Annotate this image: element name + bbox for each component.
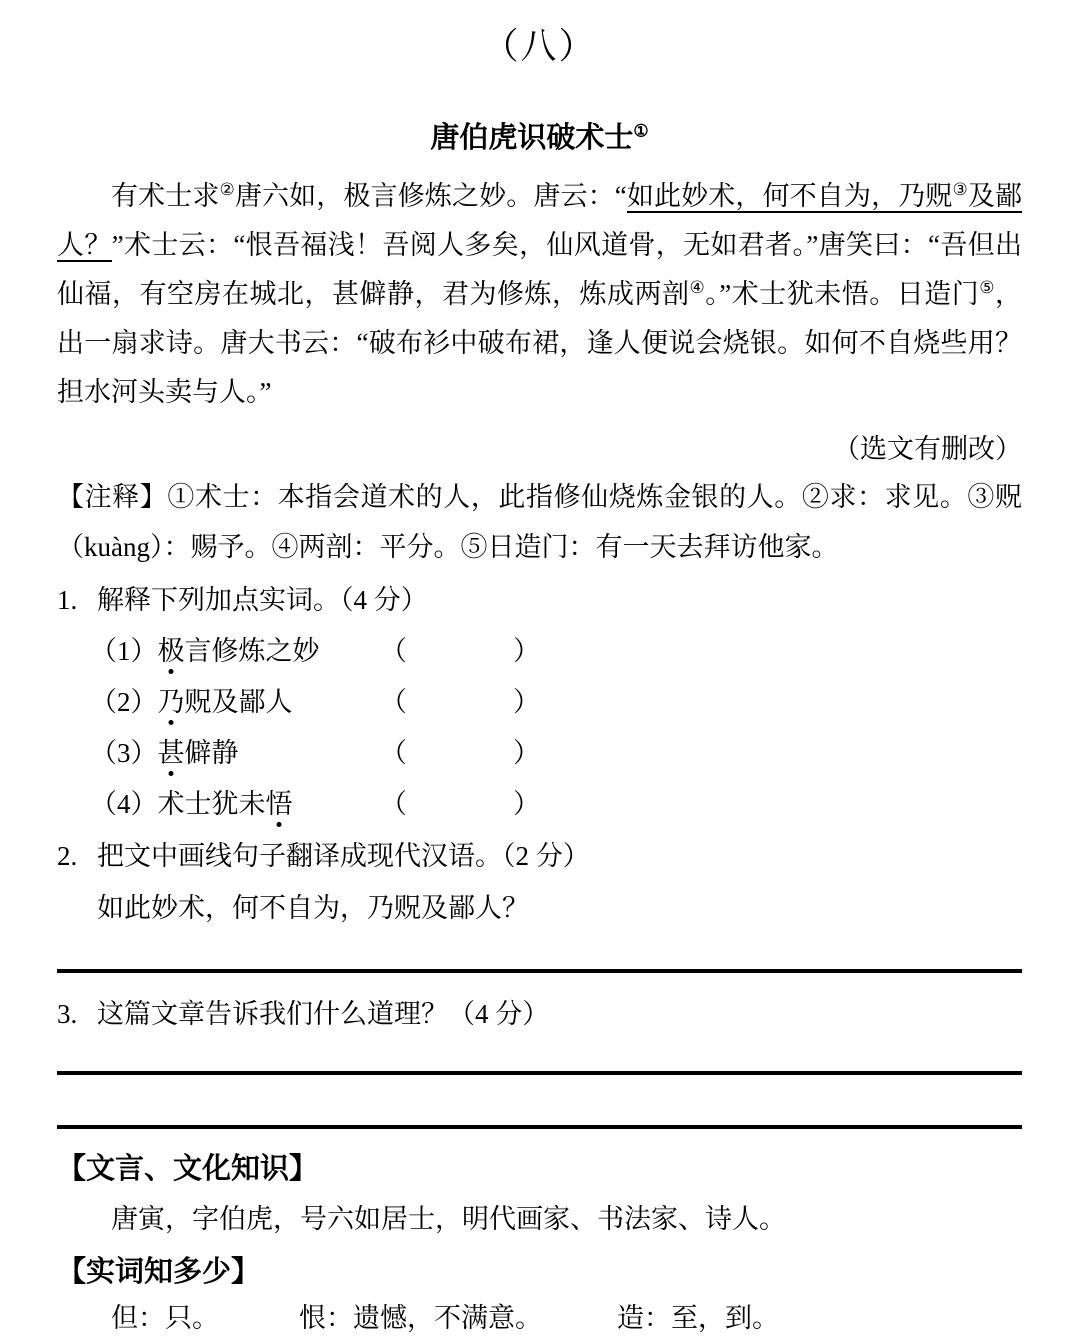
question-3: 3. 这篇文章告诉我们什么道理？（4 分） (57, 994, 1022, 1034)
item-phrase: （3）甚僻静 (90, 733, 380, 773)
bracket-close: ） (513, 738, 540, 768)
answer-line (57, 969, 1022, 973)
passage-segment: 如此妙术，何不自为，乃贶 (627, 181, 953, 211)
note-ref-5-icon: ⑤ (979, 278, 995, 297)
note-ref-1-icon: ① (633, 121, 648, 140)
question-1-item-2: （2）乃贶及鄙人 （） (90, 682, 1022, 722)
source-note: （选文有删改） (57, 425, 1022, 474)
question-2: 2. 把文中画线句子翻译成现代汉语。（2 分） (57, 836, 1022, 876)
answer-line (57, 1125, 1022, 1129)
vocab-list: 但：只。恨：遗憾，不满意。造：至，到。 (57, 1298, 1022, 1338)
phrase-post: 言修炼之妙 (185, 636, 320, 666)
question-1-text: 解释下列加点实词。（4 分） (97, 580, 428, 620)
question-1: 1. 解释下列加点实词。（4 分） (57, 580, 1022, 620)
vocab-item: 但：只。 (111, 1303, 219, 1333)
answer-brackets: （） (380, 733, 540, 773)
item-label: （4） (90, 789, 158, 819)
question-2-number: 2. (57, 836, 97, 876)
bracket-open: （ (380, 687, 407, 717)
vocab-item: 造：至，到。 (617, 1303, 779, 1333)
question-1-item-4: （4）术士犹未悟 （） (90, 784, 1022, 824)
item-phrase: （2）乃贶及鄙人 (90, 682, 380, 722)
item-label: （2） (90, 687, 158, 717)
notes-paragraph: 【注释】①术士：本指会道术的人，此指修仙烧炼金银的人。②求：求见。③贶（kuàn… (57, 472, 1022, 572)
question-3-number: 3. (57, 994, 97, 1034)
passage-title: 唐伯虎识破术士① (57, 120, 1022, 156)
item-phrase: （4）术士犹未悟 (90, 784, 380, 824)
item-phrase: （1）极言修炼之妙 (90, 631, 380, 671)
bracket-open: （ (380, 636, 407, 666)
question-1-item-1: （1）极言修炼之妙 （） (90, 631, 1022, 671)
answer-brackets: （） (380, 784, 540, 824)
emphasis-dot-char: 甚 (158, 738, 185, 768)
question-3-text: 这篇文章告诉我们什么道理？（4 分） (97, 994, 549, 1034)
note-ref-2-icon: ② (220, 180, 235, 199)
passage-title-text: 唐伯虎识破术士 (430, 122, 633, 154)
knowledge-heading-vocab: 【实词知多少】 (57, 1252, 1022, 1292)
bracket-open: （ (380, 738, 407, 768)
bracket-close: ） (513, 687, 540, 717)
bracket-open: （ (380, 789, 407, 819)
phrase-pre: 术士犹未 (158, 789, 266, 819)
emphasis-dot-char: 极 (158, 636, 185, 666)
bracket-close: ） (513, 789, 540, 819)
passage-paragraph: 有术士求②唐六如，极言修炼之妙。唐云：“如此妙术，何不自为，乃贶③及鄙人？”术士… (57, 172, 1022, 417)
bracket-close: ） (513, 636, 540, 666)
vocab-item: 恨：遗憾，不满意。 (299, 1303, 542, 1333)
phrase-post: 僻静 (185, 738, 239, 768)
passage-segment: 。”术士犹未悟。日造门 (705, 279, 979, 309)
answer-brackets: （） (380, 631, 540, 671)
question-2-text: 把文中画线句子翻译成现代汉语。（2 分） (97, 836, 590, 876)
answer-brackets: （） (380, 682, 540, 722)
answer-line (57, 1071, 1022, 1075)
phrase-post: 贶及鄙人 (185, 687, 293, 717)
note-ref-4-icon: ④ (690, 278, 706, 297)
note-ref-3-icon: ③ (952, 180, 967, 199)
emphasis-dot-char: 悟 (266, 789, 293, 819)
question-1-item-3: （3）甚僻静 （） (90, 733, 1022, 773)
item-label: （3） (90, 738, 158, 768)
knowledge-body-literary: 唐寅，字伯虎，号六如居士，明代画家、书法家、诗人。 (57, 1199, 1022, 1239)
page-section-number: （八） (57, 26, 1022, 66)
worksheet-page: （八） 唐伯虎识破术士① 有术士求②唐六如，极言修炼之妙。唐云：“如此妙术，何不… (0, 26, 1079, 1338)
passage-segment: 有术士求 (111, 181, 220, 211)
emphasis-dot-char: 乃 (158, 687, 185, 717)
knowledge-heading-literary: 【文言、文化知识】 (57, 1149, 1022, 1189)
item-label: （1） (90, 636, 158, 666)
passage-segment: 唐六如，极言修炼之妙。唐云：“ (235, 181, 627, 211)
question-2-sentence: 如此妙术，何不自为，乃贶及鄙人？ (97, 888, 1022, 928)
question-1-number: 1. (57, 580, 97, 620)
